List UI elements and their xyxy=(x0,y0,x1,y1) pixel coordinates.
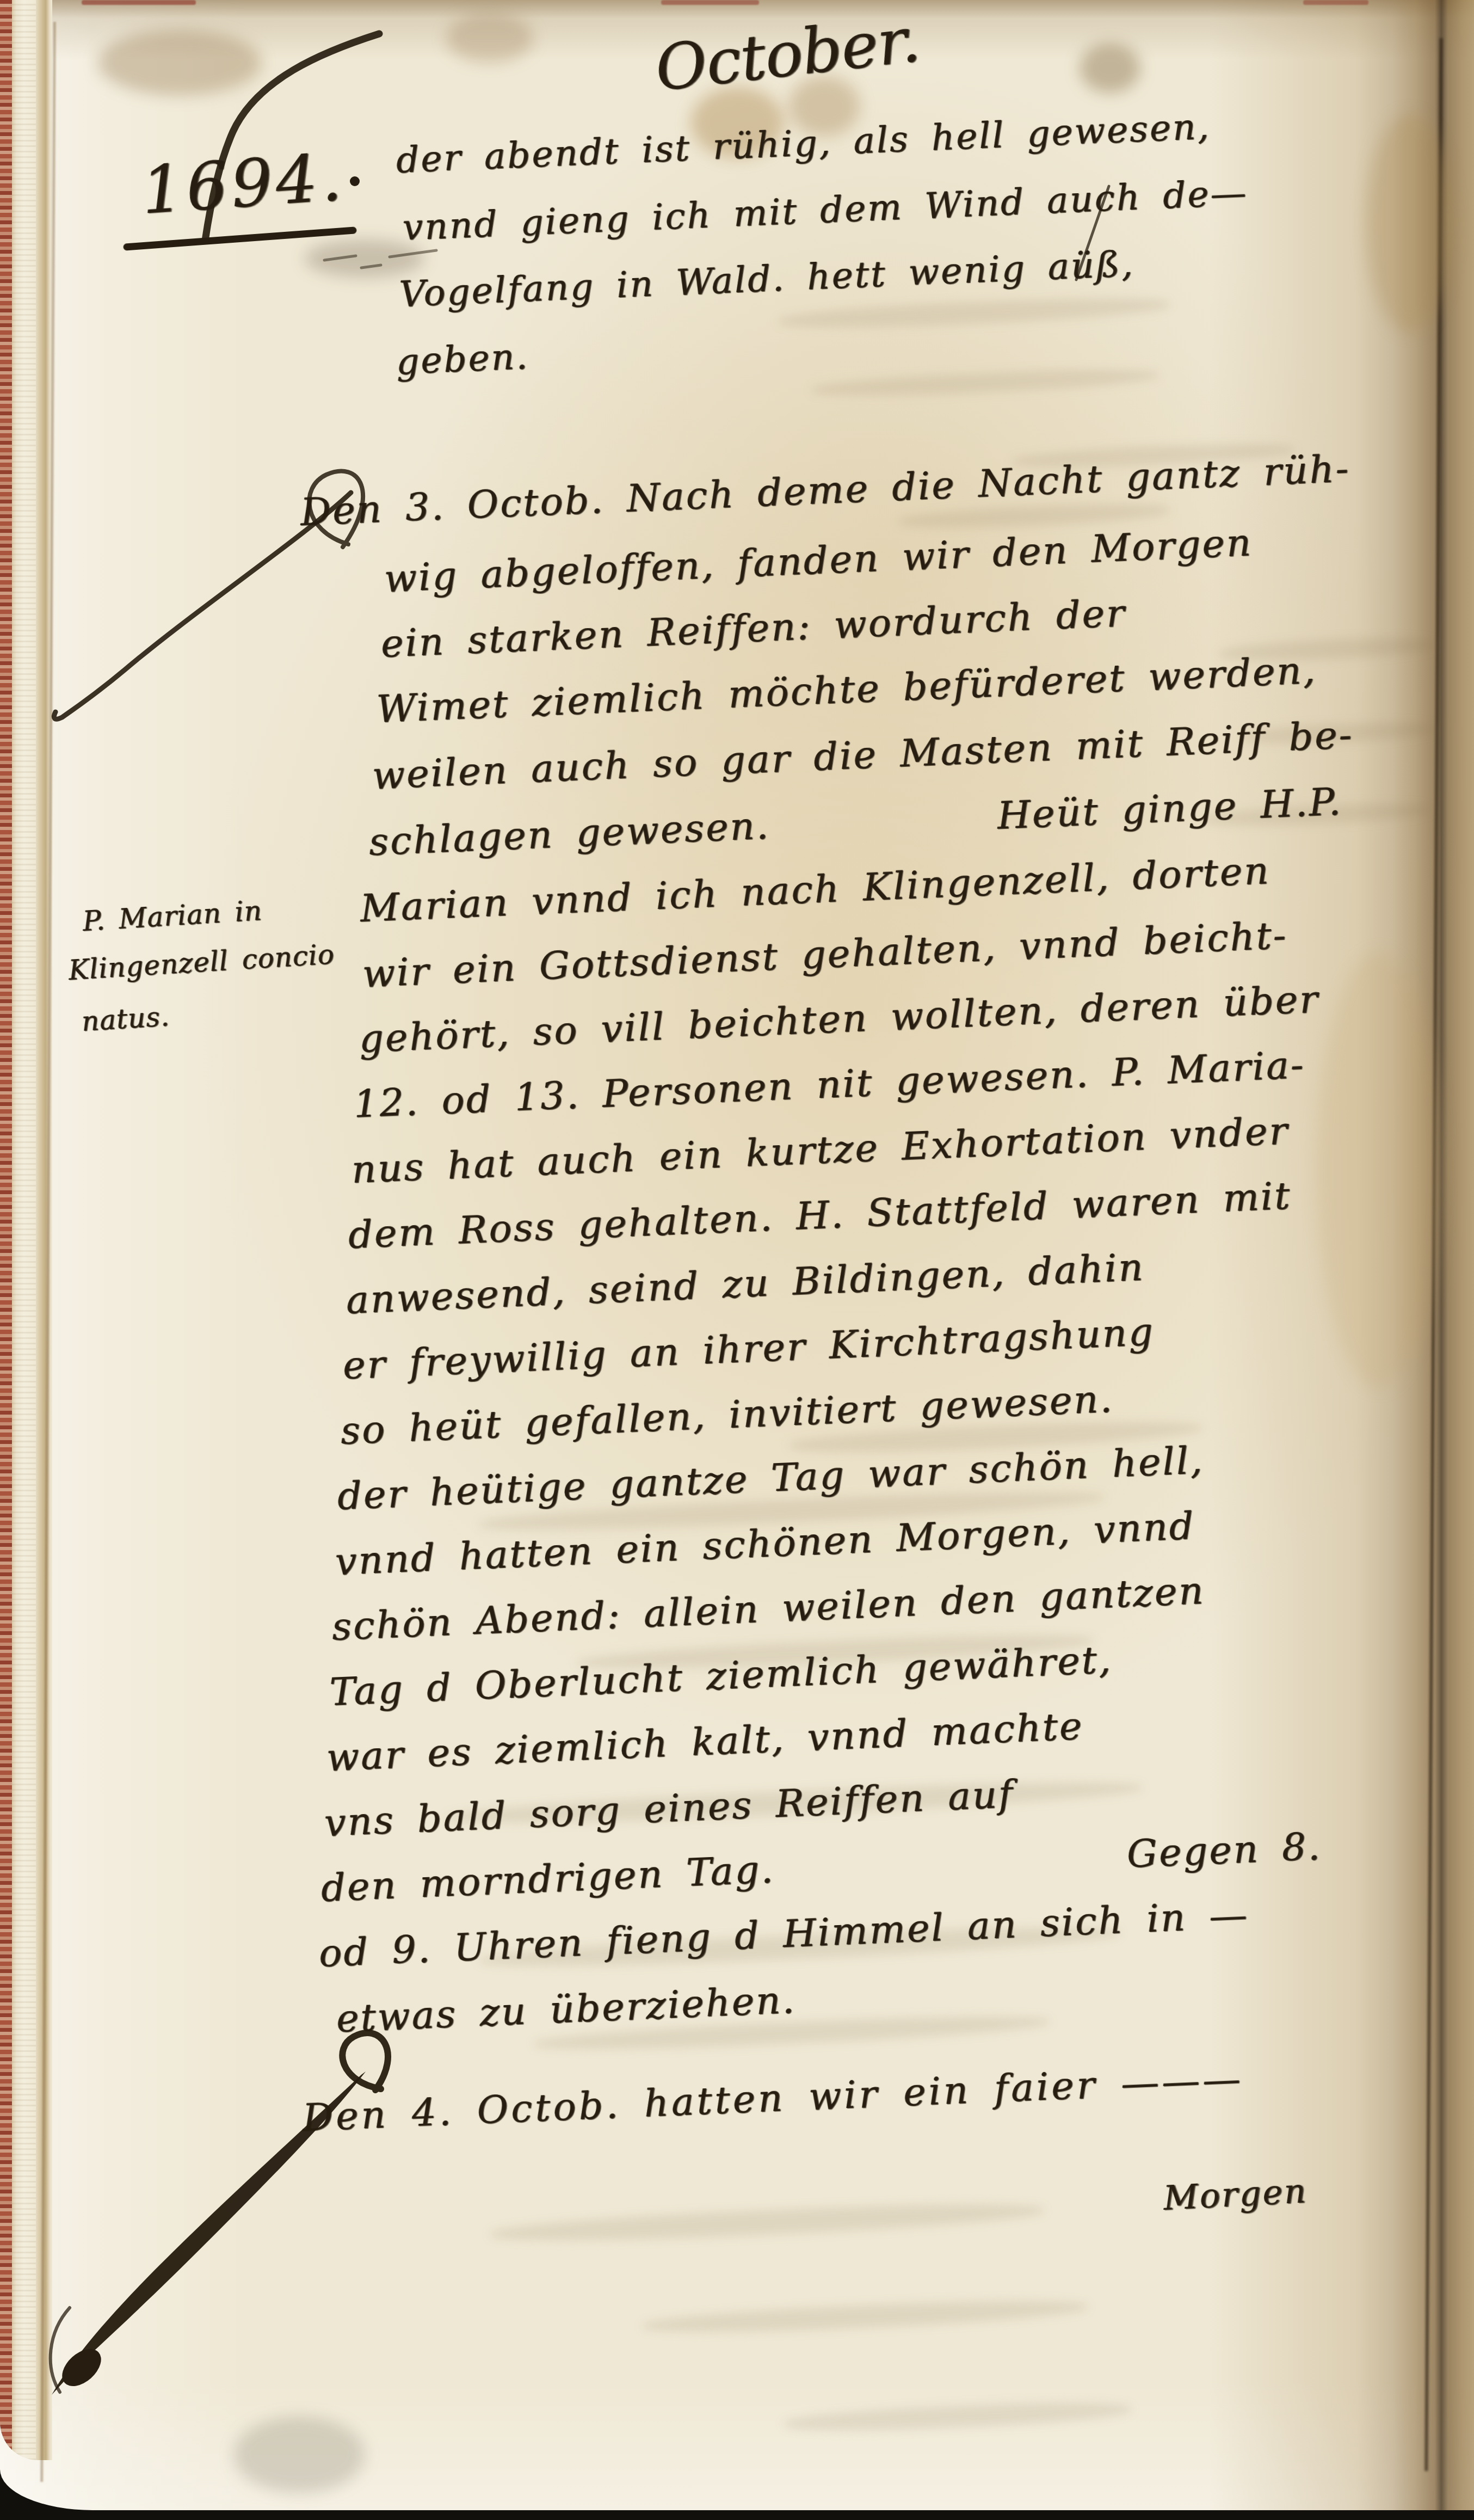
entry-line: geben. xyxy=(396,339,530,380)
catchword: Morgen xyxy=(1162,2174,1308,2215)
margin-note-line: natus. xyxy=(81,1003,170,1035)
top-edge-red-trace xyxy=(661,0,759,5)
stain xyxy=(1366,114,1453,332)
entry-line-right: Gegen 8. xyxy=(1126,1827,1322,1873)
stain xyxy=(234,2417,365,2493)
stain xyxy=(446,14,533,63)
year-label: 1694. xyxy=(139,145,347,224)
manuscript-photo: October. 1694. der abendt ist rühig, als… xyxy=(0,0,1474,2520)
manuscript-page xyxy=(0,0,1474,2510)
top-edge-red-trace xyxy=(1303,0,1368,5)
top-edge-red-trace xyxy=(82,0,196,5)
stain xyxy=(1317,952,1442,1388)
red-sprinkled-edge xyxy=(0,0,12,2460)
stain xyxy=(98,30,261,95)
stain xyxy=(1080,44,1140,93)
page-stack-lines xyxy=(12,0,36,2460)
